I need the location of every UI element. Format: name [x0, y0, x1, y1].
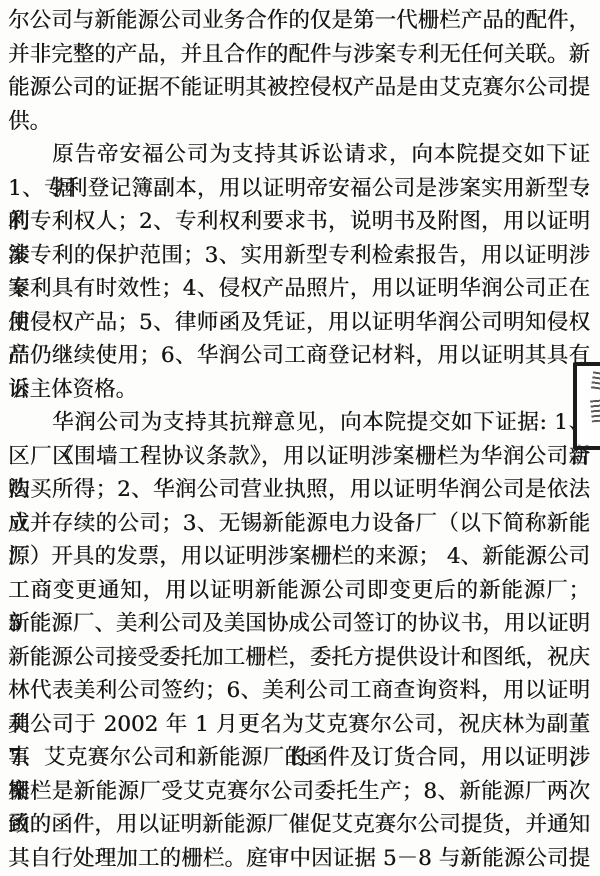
text-line: 7、艾克赛尔公司和新能源厂的函件及订货合同，用以证明涉案 [8, 741, 590, 775]
text-line: 1、专利登记簿副本，用以证明帝安福公司是涉案实用新型专利 [8, 172, 590, 206]
text-line: 函的函件，用以证明新能源厂催促艾克赛尔公司提货，并通知 [8, 808, 590, 842]
text-line: 供。 [8, 105, 590, 139]
text-line: 能源公司的证据不能证明其被控侵权产品是由艾克赛尔公司提 [8, 71, 590, 105]
text-line: 立并存续的公司；3、无锡新能源电力设备厂（以下简称新能源 [8, 507, 590, 541]
seal-box [573, 362, 600, 450]
stamp-fragment [590, 400, 600, 423]
text-line: 林代表美利公司签约；6、美利公司工商查询资料，用以证明美 [8, 674, 590, 708]
text-line: 购买所得；2、华润公司营业执照，用以证明华润公司是依法成 [8, 473, 590, 507]
text-line: 厂）开具的发票，用以证明涉案栅栏的来源； 4、新能源公司 [8, 540, 590, 574]
scanned-court-document: { "page": { "background_color": "#fdfdfc… [0, 0, 600, 876]
text-line: 区厂区围墙工程协议条款》，用以证明涉案栅栏为华润公司合法 [8, 440, 590, 474]
text-line: 原告帝安福公司为支持其诉讼请求，向本院提交如下证据: [8, 138, 590, 172]
text-line: 用侵权产品；5、律师函及凭证，用以证明华润公司明知侵权产 [8, 306, 590, 340]
document-page: 尔公司与新能源公司业务合作的仅是第一代栅栏产品的配件， 并非完整的产品，并且合作… [0, 0, 600, 876]
text-line: 其自行处理加工的栅栏。庭审中因证据 5－8 与新能源公司提交 [8, 842, 590, 876]
text-line: 专利具有时效性；4、侵权产品照片，用以证明华润公司正在使 [8, 272, 590, 306]
text-line: 并非完整的产品，并且合作的配件与涉案专利无任何关联。新 [8, 38, 590, 72]
text-line: 新能源厂、美利公司及美国协成公司签订的协议书，用以证明 [8, 607, 590, 641]
text-line: 栅栏是新能源厂受艾克赛尔公司委托生产；8、新能源厂两次致 [8, 775, 590, 809]
text-line: 利公司于 2002 年 1 月更名为艾克赛尔公司，祝庆林为副董事长； [8, 708, 590, 742]
text-line: 尔公司与新能源公司业务合作的仅是第一代栅栏产品的配件， [8, 4, 590, 38]
text-line: 的专利权人；2、专利权利要求书，说明书及附图，用以证明涉 [8, 205, 590, 239]
text-line: 华润公司为支持其抗辩意见，向本院提交如下证据: 1、《新 [8, 406, 590, 440]
text-line: 讼主体资格。 [8, 373, 590, 407]
text-line: 新能源公司接受委托加工栅栏，委托方提供设计和图纸，祝庆 [8, 641, 590, 675]
stamp-fragment [591, 371, 600, 389]
text-line: 工商变更通知，用以证明新能源公司即变更后的新能源厂；5、 [8, 574, 590, 608]
text-line: 案专利的保护范围；3、实用新型专利检索报告，用以证明涉案 [8, 239, 590, 273]
text-line: 品仍继续使用；6、华润公司工商登记材料，用以证明其具有诉 [8, 339, 590, 373]
